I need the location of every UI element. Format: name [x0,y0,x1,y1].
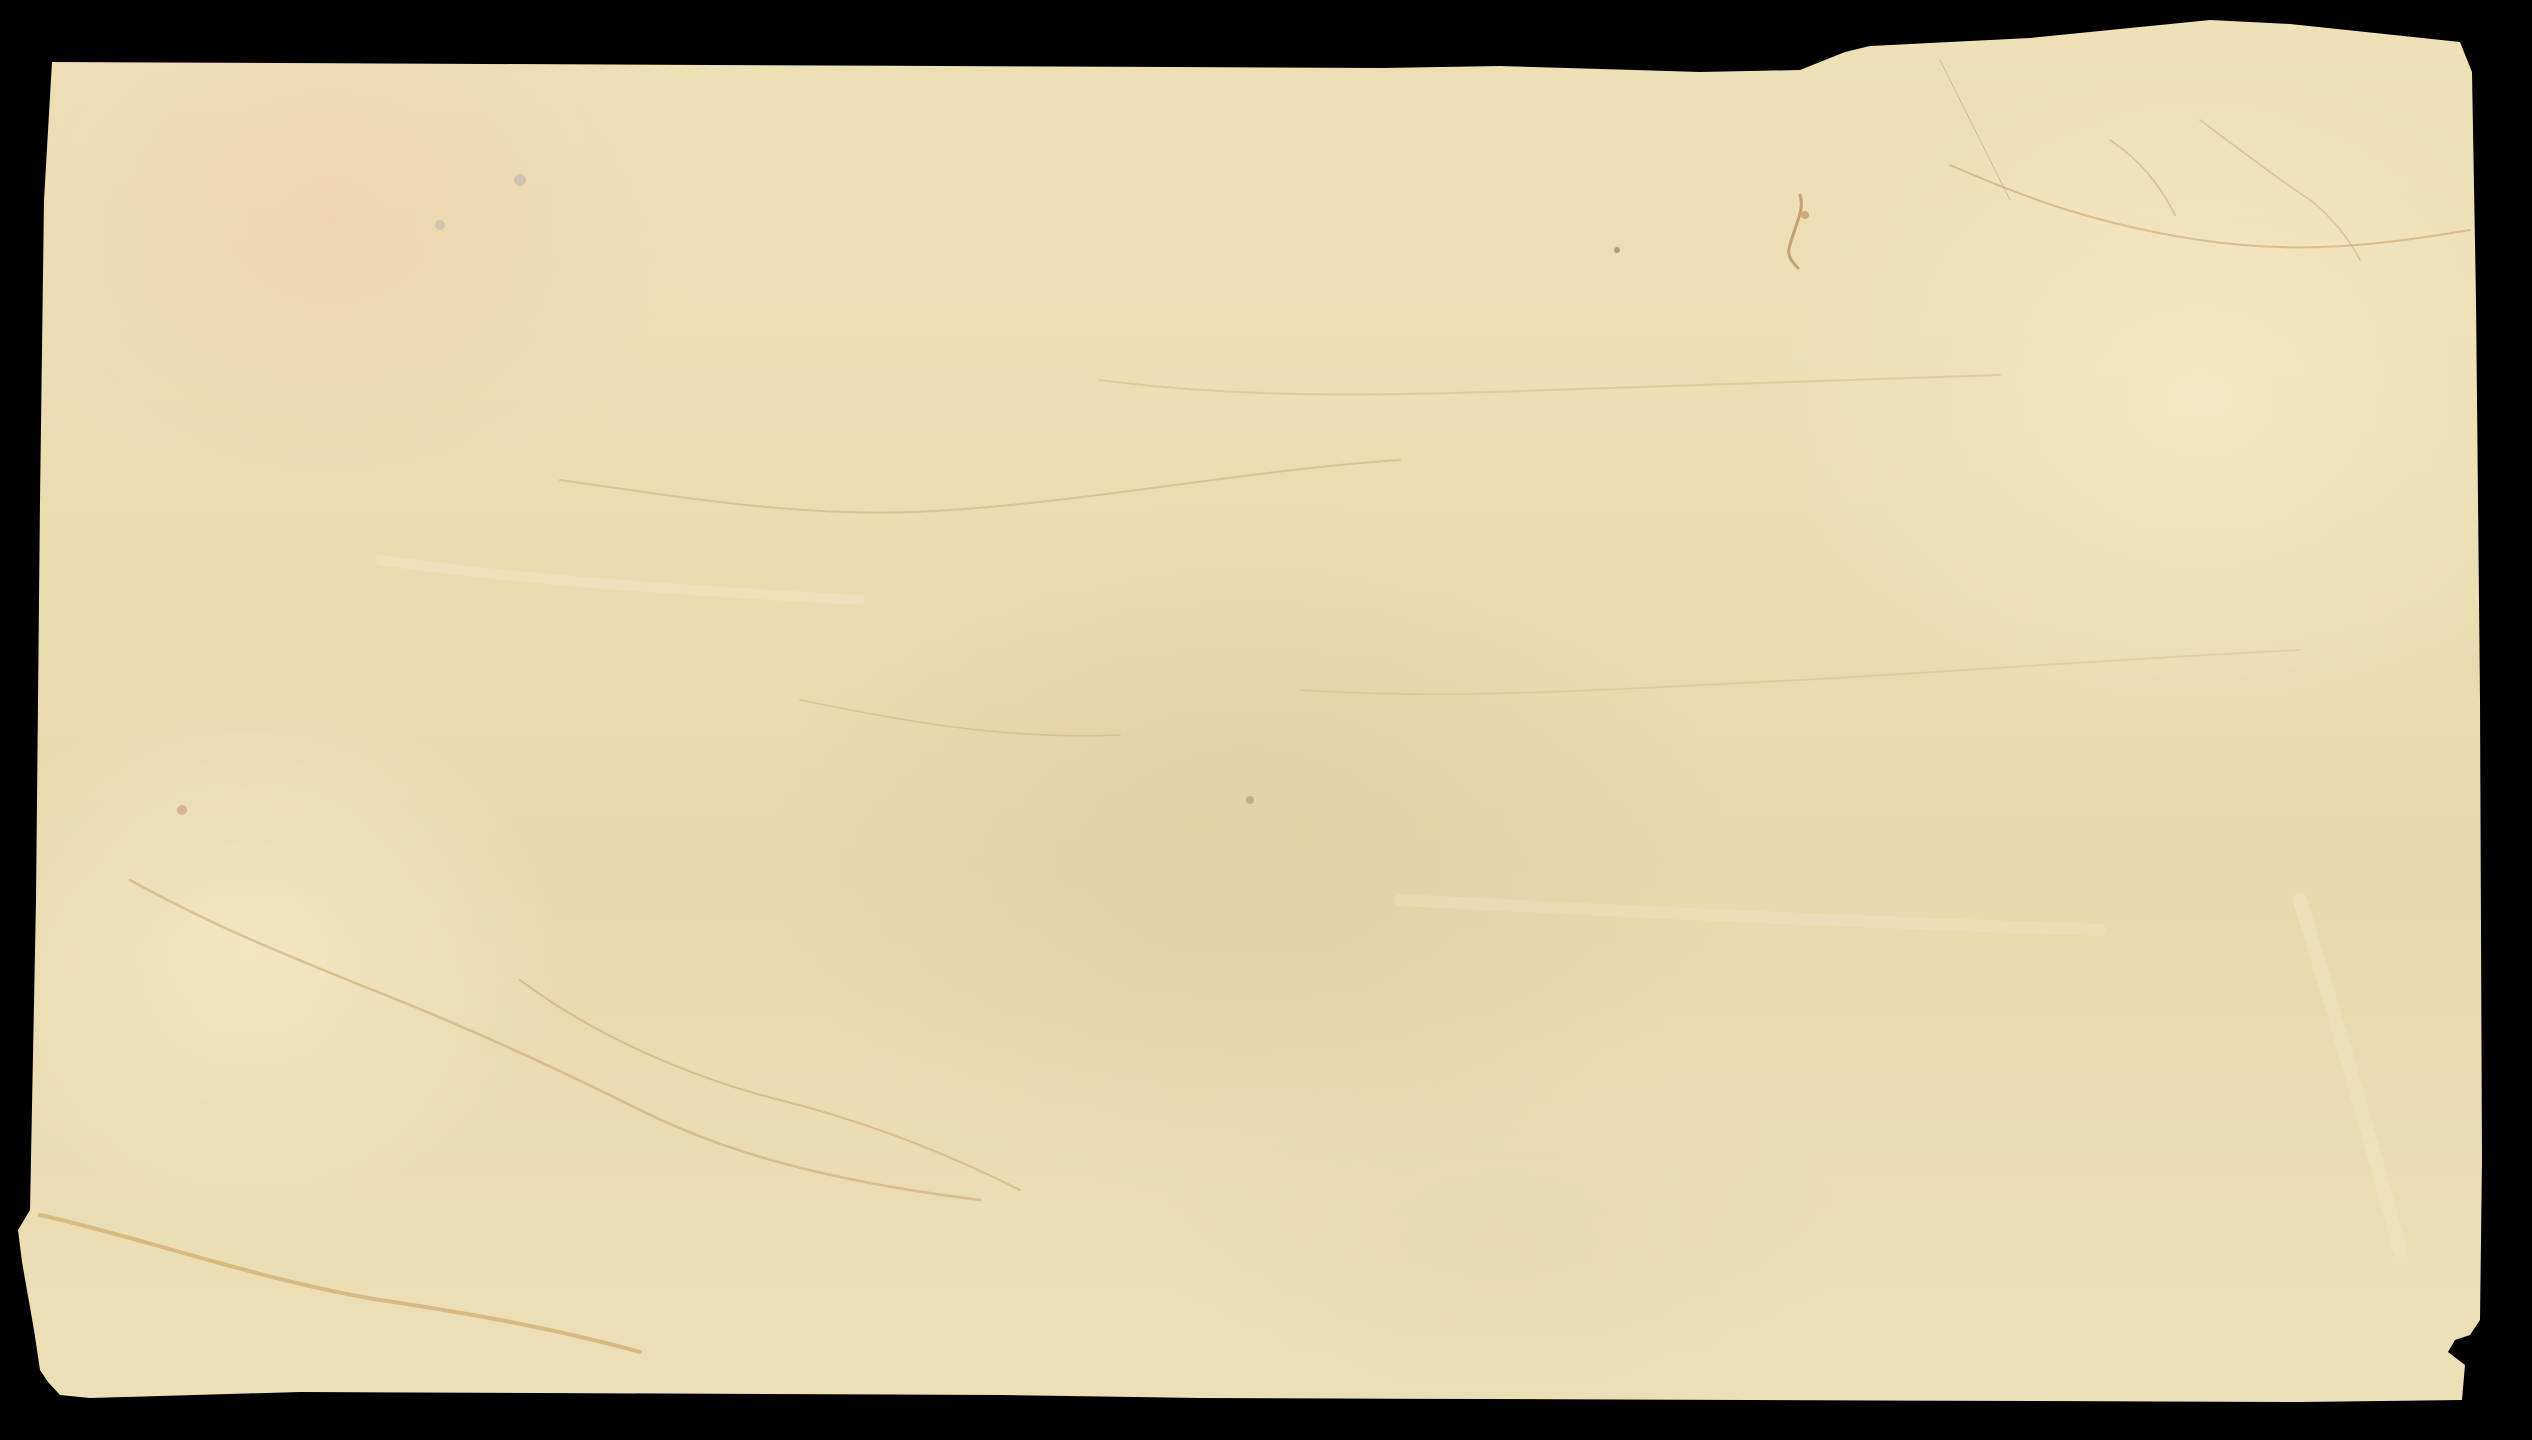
photo-scene [0,0,2532,1440]
marble-veins [0,0,2532,1440]
